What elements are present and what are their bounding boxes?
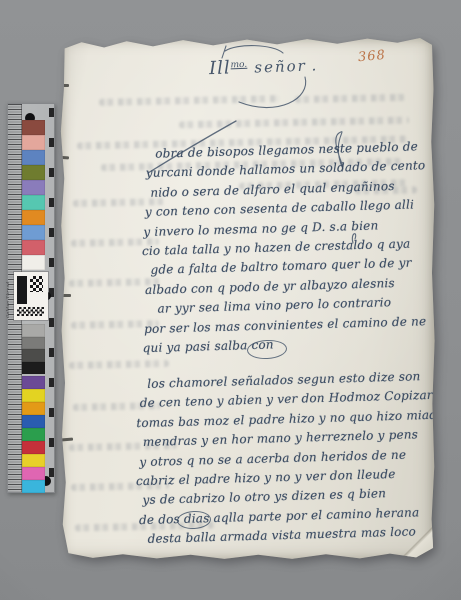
verso-showthrough bbox=[179, 117, 409, 129]
salutation-abbrev: Ill bbox=[209, 57, 231, 79]
gray-patch bbox=[22, 362, 45, 375]
color-patch bbox=[22, 165, 45, 180]
archival-photograph: Golden Thread bbox=[0, 0, 461, 600]
color-patch bbox=[22, 225, 45, 240]
resolution-target bbox=[14, 272, 48, 320]
checker-pattern bbox=[17, 307, 44, 316]
gray-patch bbox=[22, 324, 45, 337]
verso-showthrough bbox=[99, 95, 279, 106]
color-patch bbox=[22, 255, 45, 270]
color-patch bbox=[22, 454, 45, 467]
letter-salutation: Illmo.señor . bbox=[209, 52, 390, 79]
color-patch bbox=[22, 150, 45, 165]
verso-showthrough bbox=[295, 94, 405, 103]
color-patch bbox=[22, 428, 45, 441]
resolution-target-bars bbox=[17, 276, 27, 304]
color-patch bbox=[22, 180, 45, 195]
ink-circle-flourish bbox=[247, 339, 288, 360]
corner-fold bbox=[395, 527, 433, 559]
verso-showthrough bbox=[69, 360, 169, 369]
color-patch bbox=[22, 120, 45, 135]
color-patch-column-top bbox=[22, 120, 45, 270]
color-patch bbox=[22, 415, 45, 428]
color-patch-column-bottom bbox=[22, 376, 45, 493]
stitch-mark bbox=[61, 438, 73, 441]
heading-under-swash bbox=[239, 77, 306, 108]
stitch-mark bbox=[57, 84, 69, 87]
color-patch bbox=[22, 402, 45, 415]
salutation-period: . bbox=[306, 56, 316, 74]
stitch-mark bbox=[57, 156, 69, 159]
gray-patch bbox=[22, 349, 45, 362]
registration-dashes bbox=[49, 108, 54, 490]
color-patch bbox=[22, 195, 45, 210]
salutation-title: señor bbox=[254, 57, 307, 77]
color-patch bbox=[22, 135, 45, 150]
paper-sheet: 368 Illmo.señor . obra de bisopos llegam… bbox=[59, 37, 435, 561]
salutation-superscript: mo. bbox=[230, 60, 247, 71]
color-patch bbox=[22, 210, 45, 225]
color-patch bbox=[22, 441, 45, 454]
calibration-bar-body: Golden Thread bbox=[7, 103, 55, 493]
color-patch bbox=[22, 376, 45, 389]
color-patch bbox=[22, 480, 45, 493]
manuscript-page: 368 Illmo.señor . obra de bisopos llegam… bbox=[59, 37, 435, 561]
color-patch bbox=[22, 389, 45, 402]
paragraph-1: obra de bisopos llegamos neste pueblo de… bbox=[143, 137, 441, 359]
grayscale-column bbox=[22, 324, 45, 374]
gray-patch bbox=[22, 337, 45, 350]
color-patch bbox=[22, 467, 45, 480]
stitch-mark bbox=[59, 294, 71, 297]
brand-script: Golden Thread bbox=[5, 276, 15, 318]
color-patch bbox=[22, 240, 45, 255]
color-calibration-target: Golden Thread bbox=[7, 103, 56, 495]
checker-pattern bbox=[30, 276, 43, 292]
